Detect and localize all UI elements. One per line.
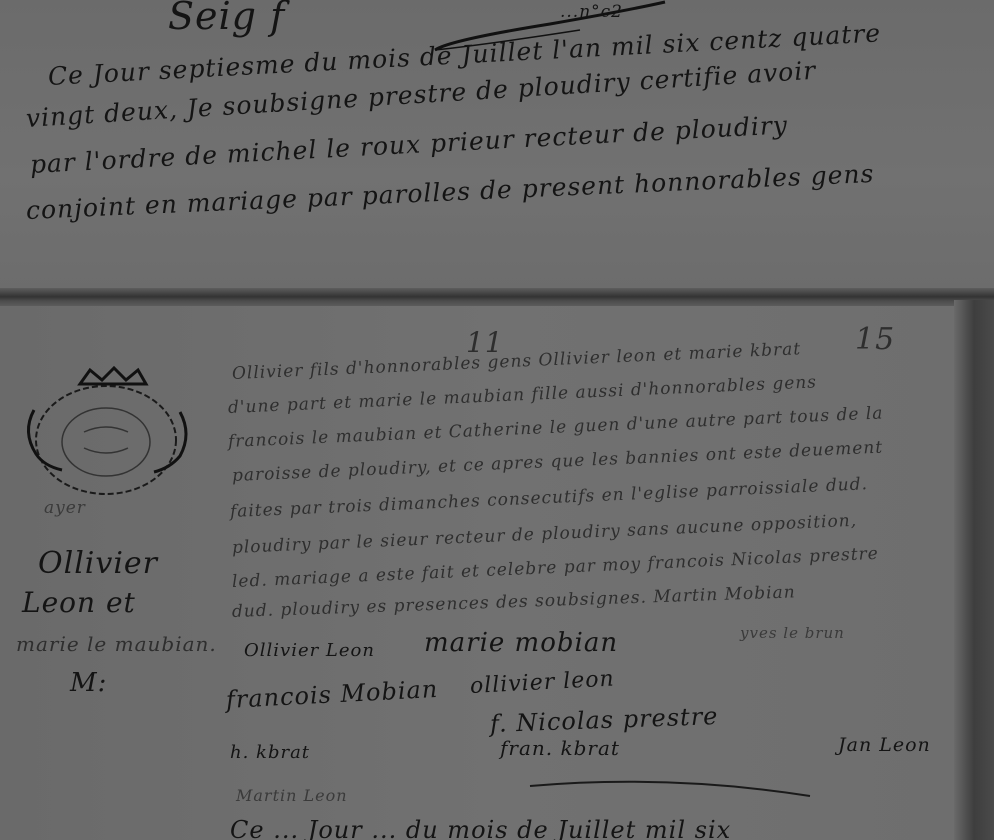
signature-francois-mobian: francois Mobian	[225, 675, 439, 714]
signature-jan-leon: Jan Leon	[838, 734, 931, 756]
signature-martin-leon: Martin Leon	[236, 786, 348, 805]
margin-name-1: Ollivier	[38, 546, 158, 581]
upper-page: Seig f ...n°c2 Ce Jour septiesme du mois…	[0, 0, 994, 296]
margin-name-4: M:	[70, 668, 107, 698]
margin-name-3: marie le maubian.	[16, 632, 217, 656]
signature-ollivier-leon-2: ollivier leon	[469, 666, 615, 699]
signature-h-kbrat: h. kbrat	[230, 742, 310, 763]
lower-page: 11 15 ayer Ollivier Leon et marie le mau…	[0, 306, 994, 840]
stamp-fragment: ...n°c2	[560, 2, 623, 22]
margin-name-2: Leon et	[22, 586, 136, 619]
signature-ollivier-leon: Ollivier Leon	[244, 640, 375, 661]
header-fragment: Seig f	[168, 0, 285, 38]
signature-yves-le-brun: yves le brun	[740, 624, 845, 642]
signature-f-nicolas-prestre: f. Nicolas prestre	[490, 702, 719, 738]
next-entry-fragment: Ce ... Jour ... du mois de Juillet mil s…	[230, 816, 731, 840]
signature-flourish-icon	[520, 766, 820, 806]
coat-of-arms-seal-icon	[14, 362, 200, 502]
signature-fran-kbrat: fran. kbrat	[500, 736, 620, 760]
folio-mark-right: 15	[855, 322, 895, 357]
signature-marie-mobian: marie mobian	[424, 628, 618, 658]
page-edge-shadow	[954, 300, 994, 840]
seal-subtext: ayer	[44, 498, 86, 518]
